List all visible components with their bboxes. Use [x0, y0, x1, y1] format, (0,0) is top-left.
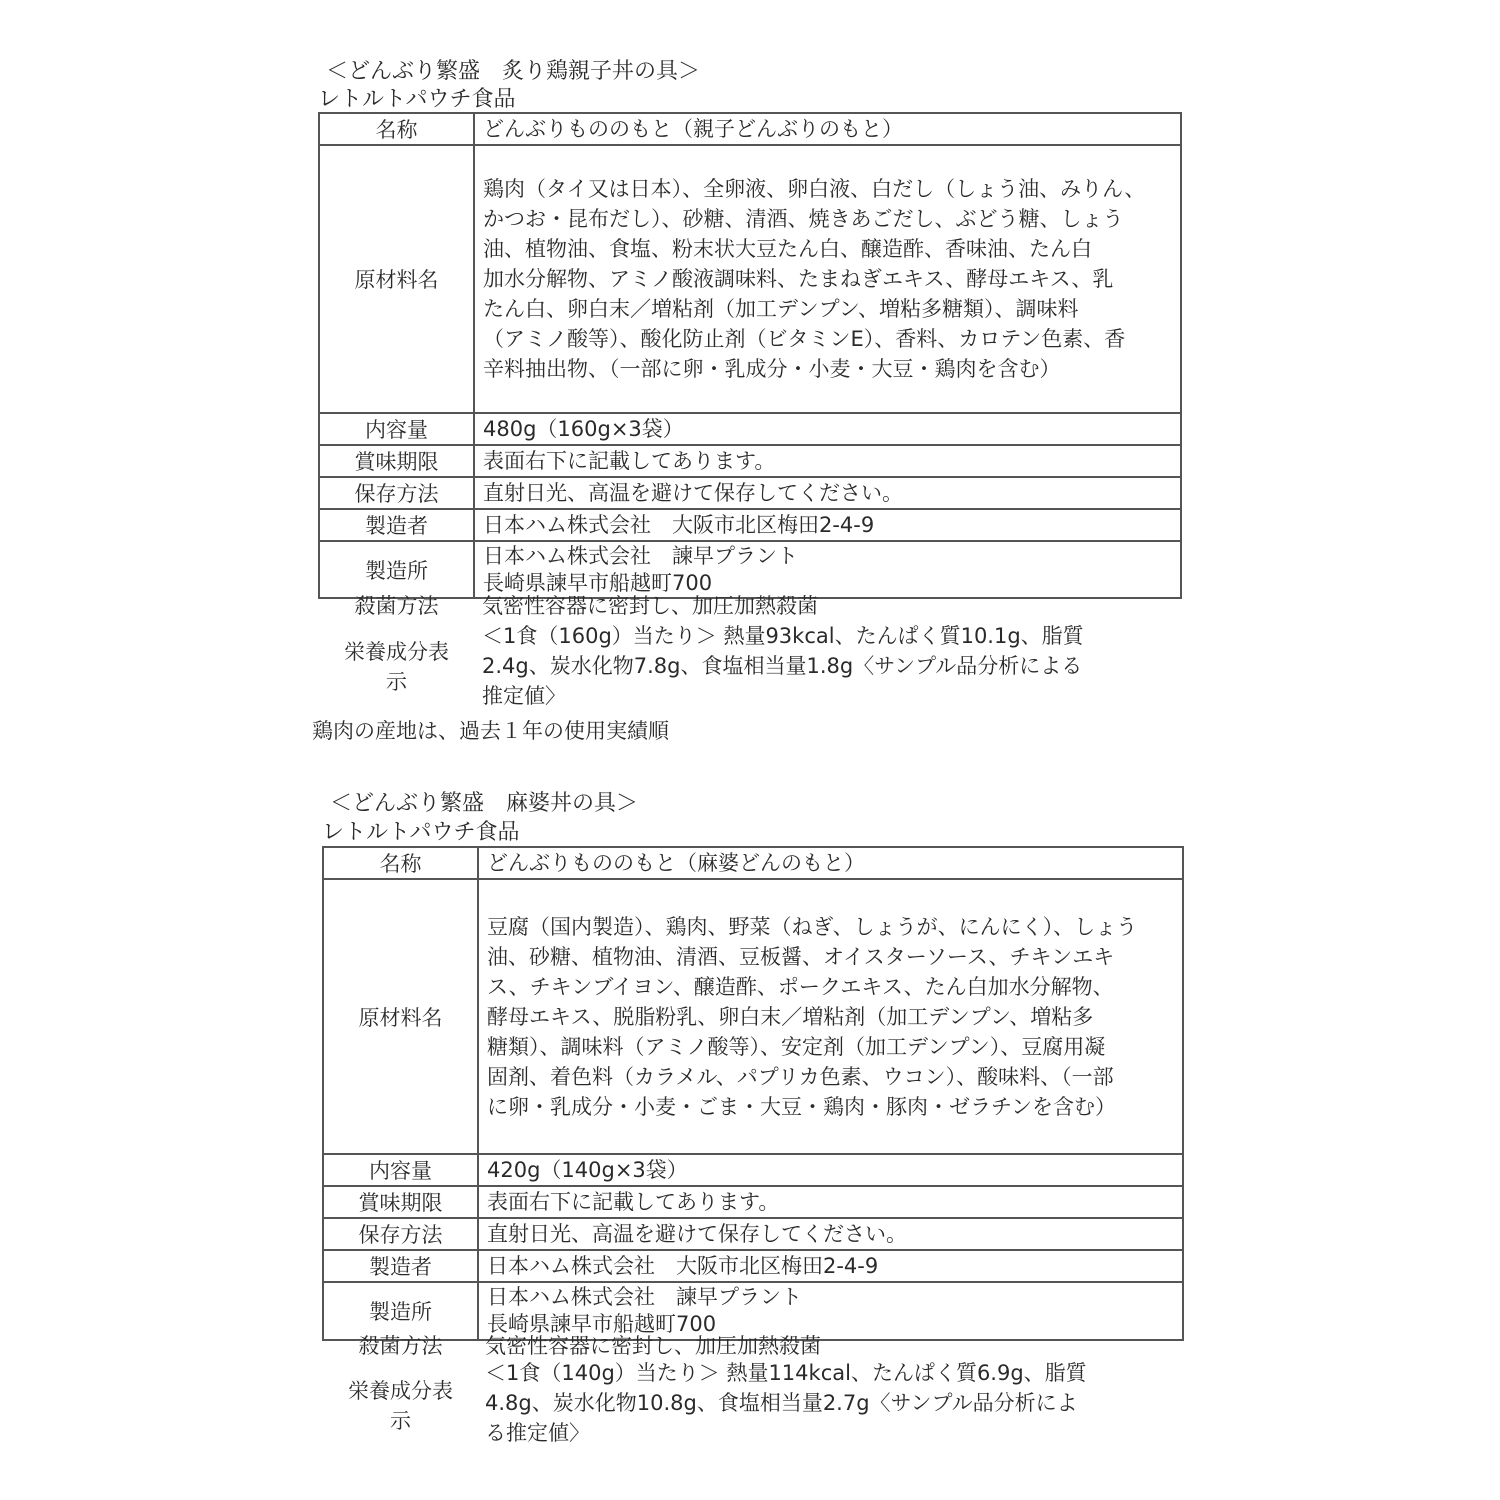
table-row-manufacturer: 製造者 日本ハム株式会社 大阪市北区梅田2-4-9 — [323, 1250, 1183, 1282]
origin-note: 鶏肉の産地は、過去１年の使用実績順 — [312, 717, 669, 745]
factory-label: 製造所 — [319, 541, 474, 598]
product-info-table: 名称 どんぶりもののもと（麻婆どんのもと） 原材料名 豆腐（国内製造）、鶏肉、野… — [322, 846, 1184, 1341]
table-row-content: 内容量 420g（140g×3袋） — [323, 1154, 1183, 1186]
product-info-table: 名称 どんぶりもののもと（親子どんぶりのもと） 原材料名 鶏肉（タイ又は日本）、… — [318, 112, 1182, 599]
name-value: どんぶりもののもと（親子どんぶりのもと） — [474, 113, 1181, 145]
content-label: 内容量 — [323, 1154, 478, 1186]
sterilization-label: 殺菌方法 — [322, 1331, 479, 1361]
content-label: 内容量 — [319, 413, 474, 445]
content-value: 480g（160g×3袋） — [474, 413, 1181, 445]
product-title: ＜どんぶり繁盛 麻婆丼の具＞ — [330, 790, 638, 818]
table-row-ingredients: 原材料名 豆腐（国内製造）、鶏肉、野菜（ねぎ、しょうが、にんにく）、しょう 油、… — [323, 879, 1183, 1154]
table-row-content: 内容量 480g（160g×3袋） — [319, 413, 1181, 445]
name-label: 名称 — [323, 847, 478, 879]
content-value: 420g（140g×3袋） — [478, 1154, 1183, 1186]
product-title: ＜どんぶり繁盛 炙り鶏親子丼の具＞ — [326, 58, 700, 86]
manufacturer-label: 製造者 — [323, 1250, 478, 1282]
sterilization-value: 気密性容器に密封し、加圧加熱殺菌 — [482, 591, 818, 621]
table-row-manufacturer: 製造者 日本ハム株式会社 大阪市北区梅田2-4-9 — [319, 509, 1181, 541]
product-subtitle: レトルトパウチ食品 — [318, 86, 516, 114]
storage-value: 直射日光、高温を避けて保存してください。 — [474, 477, 1181, 509]
ingredients-value: 鶏肉（タイ又は日本）、全卵液、卵白液、白だし（しょう油、みりん、 かつお・昆布だ… — [474, 145, 1181, 413]
nutrition-label: 栄養成分表 示 — [322, 1376, 479, 1436]
storage-label: 保存方法 — [319, 477, 474, 509]
nutrition-value: ＜1食（160g）当たり＞ 熱量93kcal、たんぱく質10.1g、脂質 2.4… — [482, 621, 1084, 711]
table-row-name: 名称 どんぶりもののもと（親子どんぶりのもと） — [319, 113, 1181, 145]
table-row-storage: 保存方法 直射日光、高温を避けて保存してください。 — [319, 477, 1181, 509]
ingredients-value: 豆腐（国内製造）、鶏肉、野菜（ねぎ、しょうが、にんにく）、しょう 油、砂糖、植物… — [478, 879, 1183, 1154]
table-row-ingredients: 原材料名 鶏肉（タイ又は日本）、全卵液、卵白液、白だし（しょう油、みりん、 かつ… — [319, 145, 1181, 413]
best-before-label: 賞味期限 — [319, 445, 474, 477]
sterilization-value: 気密性容器に密封し、加圧加熱殺菌 — [485, 1331, 821, 1361]
manufacturer-value: 日本ハム株式会社 大阪市北区梅田2-4-9 — [474, 509, 1181, 541]
best-before-value: 表面右下に記載してあります。 — [474, 445, 1181, 477]
best-before-label: 賞味期限 — [323, 1186, 478, 1218]
table-row-factory: 製造所 日本ハム株式会社 諫早プラント 長崎県諫早市船越町700 — [319, 541, 1181, 598]
storage-label: 保存方法 — [323, 1218, 478, 1250]
best-before-value: 表面右下に記載してあります。 — [478, 1186, 1183, 1218]
manufacturer-label: 製造者 — [319, 509, 474, 541]
table-row-name: 名称 どんぶりもののもと（麻婆どんのもと） — [323, 847, 1183, 879]
storage-value: 直射日光、高温を避けて保存してください。 — [478, 1218, 1183, 1250]
product-subtitle: レトルトパウチ食品 — [322, 819, 520, 847]
factory-value: 日本ハム株式会社 諫早プラント 長崎県諫早市船越町700 — [474, 541, 1181, 598]
name-value: どんぶりもののもと（麻婆どんのもと） — [478, 847, 1183, 879]
table-row-storage: 保存方法 直射日光、高温を避けて保存してください。 — [323, 1218, 1183, 1250]
table-row-best-before: 賞味期限 表面右下に記載してあります。 — [323, 1186, 1183, 1218]
ingredients-label: 原材料名 — [323, 879, 478, 1154]
nutrition-label: 栄養成分表 示 — [318, 637, 475, 697]
sterilization-label: 殺菌方法 — [318, 591, 475, 621]
ingredients-label: 原材料名 — [319, 145, 474, 413]
manufacturer-value: 日本ハム株式会社 大阪市北区梅田2-4-9 — [478, 1250, 1183, 1282]
name-label: 名称 — [319, 113, 474, 145]
nutrition-value: ＜1食（140g）当たり＞ 熱量114kcal、たんぱく質6.9g、脂質 4.8… — [485, 1358, 1087, 1448]
table-row-best-before: 賞味期限 表面右下に記載してあります。 — [319, 445, 1181, 477]
